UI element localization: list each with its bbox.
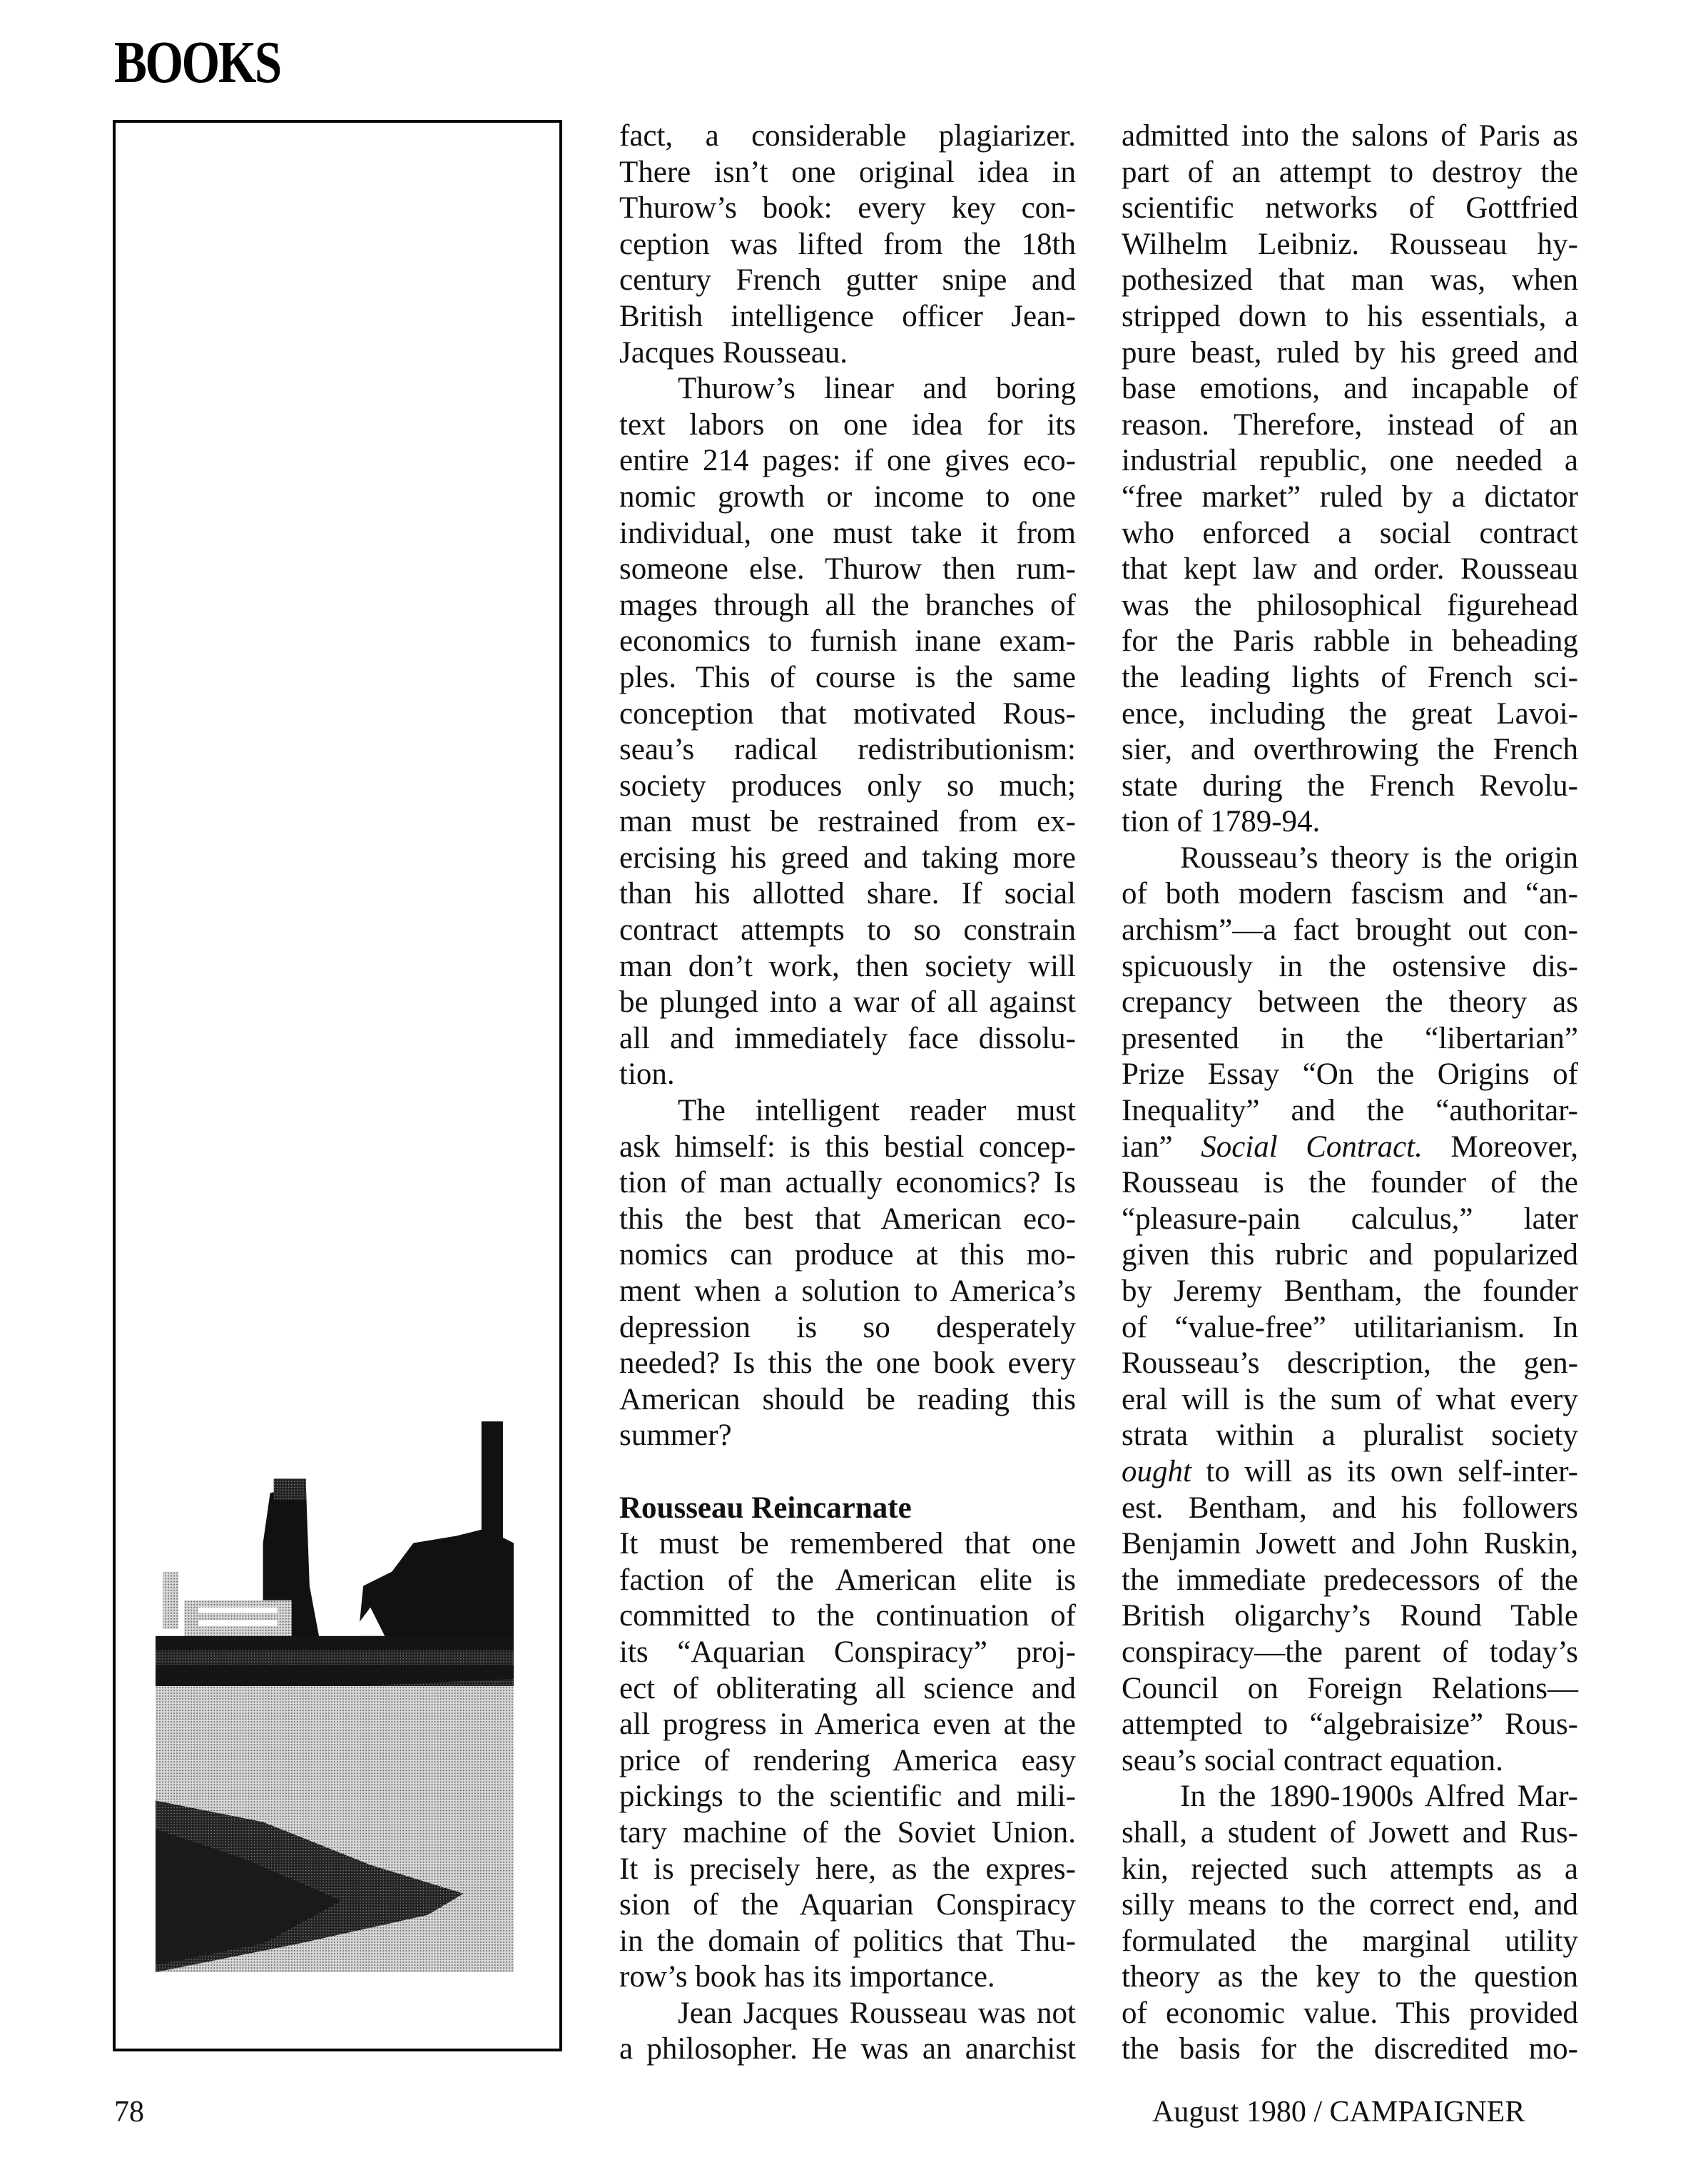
text-line: part of an attempt to destroy the bbox=[1122, 155, 1578, 191]
section-title: BOOKS bbox=[114, 27, 280, 98]
text-line: state during the French Revolu- bbox=[1122, 768, 1578, 805]
section-subheading: Rousseau Reincarnate bbox=[619, 1491, 1076, 1527]
text-line: presented in the “libertarian” bbox=[1122, 1021, 1578, 1057]
text-line: crepancy between the theory as bbox=[1122, 985, 1578, 1021]
text-line: Thurow’s book: every key con- bbox=[619, 191, 1076, 227]
text-line: tion of man actually economics? Is bbox=[619, 1165, 1076, 1202]
text-line: pothesized that man was, when bbox=[1122, 263, 1578, 299]
text-line: given this rubric and popularized bbox=[1122, 1237, 1578, 1274]
text-line: ian” Social Contract. Moreover, bbox=[1122, 1130, 1578, 1166]
text-line: all and immediately face dissolu- bbox=[619, 1021, 1076, 1057]
text-line: conspiracy—the parent of today’s bbox=[1122, 1635, 1578, 1671]
text-line: formulated the marginal utility bbox=[1122, 1924, 1578, 1960]
italic-title: Social Contract. bbox=[1201, 1130, 1423, 1164]
text-line: century French gutter snipe and bbox=[619, 263, 1076, 299]
text-line: of economic value. This provided bbox=[1122, 1996, 1578, 2032]
text-line: nomics can produce at this mo- bbox=[619, 1237, 1076, 1274]
text-line: reason. Therefore, instead of an bbox=[1122, 407, 1578, 444]
text-line: base emotions, and incapable of bbox=[1122, 371, 1578, 407]
text-line: row’s book has its importance. bbox=[619, 1959, 1076, 1996]
text-line: There isn’t one original idea in bbox=[619, 155, 1076, 191]
text-line: ercising his greed and taking more bbox=[619, 841, 1076, 877]
text-line: was the philosophical figurehead bbox=[1122, 588, 1578, 624]
text-line: American should be reading this bbox=[619, 1382, 1076, 1419]
text-line: silly means to the correct end, and bbox=[1122, 1887, 1578, 1924]
text-line: tion of 1789-94. bbox=[1122, 804, 1578, 841]
text-line: of both modern fascism and “an- bbox=[1122, 876, 1578, 913]
text-line: “free market” ruled by a dictator bbox=[1122, 479, 1578, 516]
text-line: est. Bentham, and his followers bbox=[1122, 1491, 1578, 1527]
text-line: “pleasure-pain calculus,” later bbox=[1122, 1202, 1578, 1238]
text-line: depression is so desperately bbox=[619, 1310, 1076, 1346]
text-line: ence, including the great Lavoi- bbox=[1122, 696, 1578, 733]
text-line: the basis for the discredited mo- bbox=[1122, 2031, 1578, 2068]
text-line: British intelligence officer Jean- bbox=[619, 299, 1076, 335]
text-line: who enforced a social contract bbox=[1122, 516, 1578, 552]
text-line: pickings to the scientific and mili- bbox=[619, 1779, 1076, 1815]
steel-mill-photo bbox=[156, 1400, 514, 1972]
text-line: nomic growth or income to one bbox=[619, 479, 1076, 516]
text-line: the immediate predecessors of the bbox=[1122, 1563, 1578, 1599]
text-line: in the domain of politics that Thu- bbox=[619, 1924, 1076, 1960]
text-line: for the Paris rabble in beheading bbox=[1122, 624, 1578, 660]
text-line: sion of the Aquarian Conspiracy bbox=[619, 1887, 1076, 1924]
text-line: The intelligent reader must bbox=[619, 1093, 1076, 1130]
text-line: sier, and overthrowing the French bbox=[1122, 732, 1578, 768]
text-line: tary machine of the Soviet Union. bbox=[619, 1815, 1076, 1852]
text-line: Jacques Rousseau. bbox=[619, 335, 1076, 372]
text-line: Jean Jacques Rousseau was not bbox=[619, 1996, 1076, 2032]
text-line: ect of obliterating all science and bbox=[619, 1671, 1076, 1707]
text-line: by Jeremy Bentham, the founder bbox=[1122, 1274, 1578, 1310]
text-line: Rousseau’s theory is the origin bbox=[1122, 841, 1578, 877]
text-line: scientific networks of Gottfried bbox=[1122, 191, 1578, 227]
text-line: this the best that American eco- bbox=[619, 1202, 1076, 1238]
text-line: Prize Essay “On the Origins of bbox=[1122, 1057, 1578, 1093]
text-line: industrial republic, one needed a bbox=[1122, 443, 1578, 479]
text-line: British oligarchy’s Round Table bbox=[1122, 1598, 1578, 1635]
text-line: man don’t work, then society will bbox=[619, 949, 1076, 985]
text-line: price of rendering America easy bbox=[619, 1743, 1076, 1780]
text-line: theory as the key to the question bbox=[1122, 1959, 1578, 1996]
text-line: economics to furnish inane exam- bbox=[619, 624, 1076, 660]
text-line: fact, a considerable plagiarizer. bbox=[619, 118, 1076, 155]
issue-line: August 1980 / CAMPAIGNER bbox=[1152, 2092, 1525, 2132]
text-line: archism”—a fact brought out con- bbox=[1122, 913, 1578, 949]
text-line: pure beast, ruled by his greed and bbox=[1122, 335, 1578, 372]
text-line: seau’s social contract equation. bbox=[1122, 1743, 1578, 1780]
text-line: text labors on one idea for its bbox=[619, 407, 1076, 444]
text-line: Inequality” and the “authoritar- bbox=[1122, 1093, 1578, 1130]
text-line: committed to the continuation of bbox=[619, 1598, 1076, 1635]
text-line: eral will is the sum of what every bbox=[1122, 1382, 1578, 1419]
photo-image-icon bbox=[156, 1400, 514, 1972]
text-line: mages through all the branches of bbox=[619, 588, 1076, 624]
text-line: Rousseau’s description, the gen- bbox=[1122, 1346, 1578, 1382]
text-line: that kept law and order. Rousseau bbox=[1122, 552, 1578, 588]
text-line: ples. This of course is the same bbox=[619, 660, 1076, 696]
article-column-middle: fact, a considerable plagiarizer.There i… bbox=[619, 118, 1076, 2068]
text-line: strata within a pluralist society bbox=[1122, 1418, 1578, 1454]
text-line: ought to will as its own self-inter- bbox=[1122, 1454, 1578, 1491]
text-line: conception that motivated Rous- bbox=[619, 696, 1076, 733]
text-line: man must be restrained from ex- bbox=[619, 804, 1076, 841]
text-line: society produces only so much; bbox=[619, 768, 1076, 805]
text-line: tion. bbox=[619, 1057, 1076, 1093]
page-number: 78 bbox=[114, 2092, 144, 2132]
text-line: all progress in America even at the bbox=[619, 1707, 1076, 1743]
text-line: faction of the American elite is bbox=[619, 1563, 1076, 1599]
text-line bbox=[619, 1454, 1076, 1491]
text-line: individual, one must take it from bbox=[619, 516, 1076, 552]
text-line: the leading lights of French sci- bbox=[1122, 660, 1578, 696]
text-line: admitted into the salons of Paris as bbox=[1122, 118, 1578, 155]
photo-frame bbox=[113, 120, 562, 2051]
italic-title: ought bbox=[1122, 1455, 1191, 1488]
text-line: entire 214 pages: if one gives eco- bbox=[619, 443, 1076, 479]
text-line: Council on Foreign Relations— bbox=[1122, 1671, 1578, 1707]
text-line: a philosopher. He was an anarchist bbox=[619, 2031, 1076, 2068]
text-line: spicuously in the ostensive dis- bbox=[1122, 949, 1578, 985]
text-line: Thurow’s linear and boring bbox=[619, 371, 1076, 407]
text-line: someone else. Thurow then rum- bbox=[619, 552, 1076, 588]
text-line: stripped down to his essentials, a bbox=[1122, 299, 1578, 335]
text-line: than his allotted share. If social bbox=[619, 876, 1076, 913]
article-column-right: admitted into the salons of Paris aspart… bbox=[1122, 118, 1578, 2068]
text-line: its “Aquarian Conspiracy” proj- bbox=[619, 1635, 1076, 1671]
text-line: kin, rejected such attempts as a bbox=[1122, 1852, 1578, 1888]
text-line: needed? Is this the one book every bbox=[619, 1346, 1076, 1382]
text-line: attempted to “algebraisize” Rous- bbox=[1122, 1707, 1578, 1743]
text-line: shall, a student of Jowett and Rus- bbox=[1122, 1815, 1578, 1852]
text-line: Rousseau is the founder of the bbox=[1122, 1165, 1578, 1202]
text-line: Benjamin Jowett and John Ruskin, bbox=[1122, 1526, 1578, 1563]
text-line: ception was lifted from the 18th bbox=[619, 227, 1076, 263]
text-line: It must be remembered that one bbox=[619, 1526, 1076, 1563]
text-line: Wilhelm Leibniz. Rousseau hy- bbox=[1122, 227, 1578, 263]
text-line: contract attempts to so constrain bbox=[619, 913, 1076, 949]
text-line: ask himself: is this bestial concep- bbox=[619, 1130, 1076, 1166]
text-line: be plunged into a war of all against bbox=[619, 985, 1076, 1021]
text-line: In the 1890-1900s Alfred Mar- bbox=[1122, 1779, 1578, 1815]
text-line: seau’s radical redistributionism: bbox=[619, 732, 1076, 768]
text-line: of “value-free” utilitarianism. In bbox=[1122, 1310, 1578, 1346]
text-line: summer? bbox=[619, 1418, 1076, 1454]
text-line: It is precisely here, as the expres- bbox=[619, 1852, 1076, 1888]
text-line: ment when a solution to America’s bbox=[619, 1274, 1076, 1310]
